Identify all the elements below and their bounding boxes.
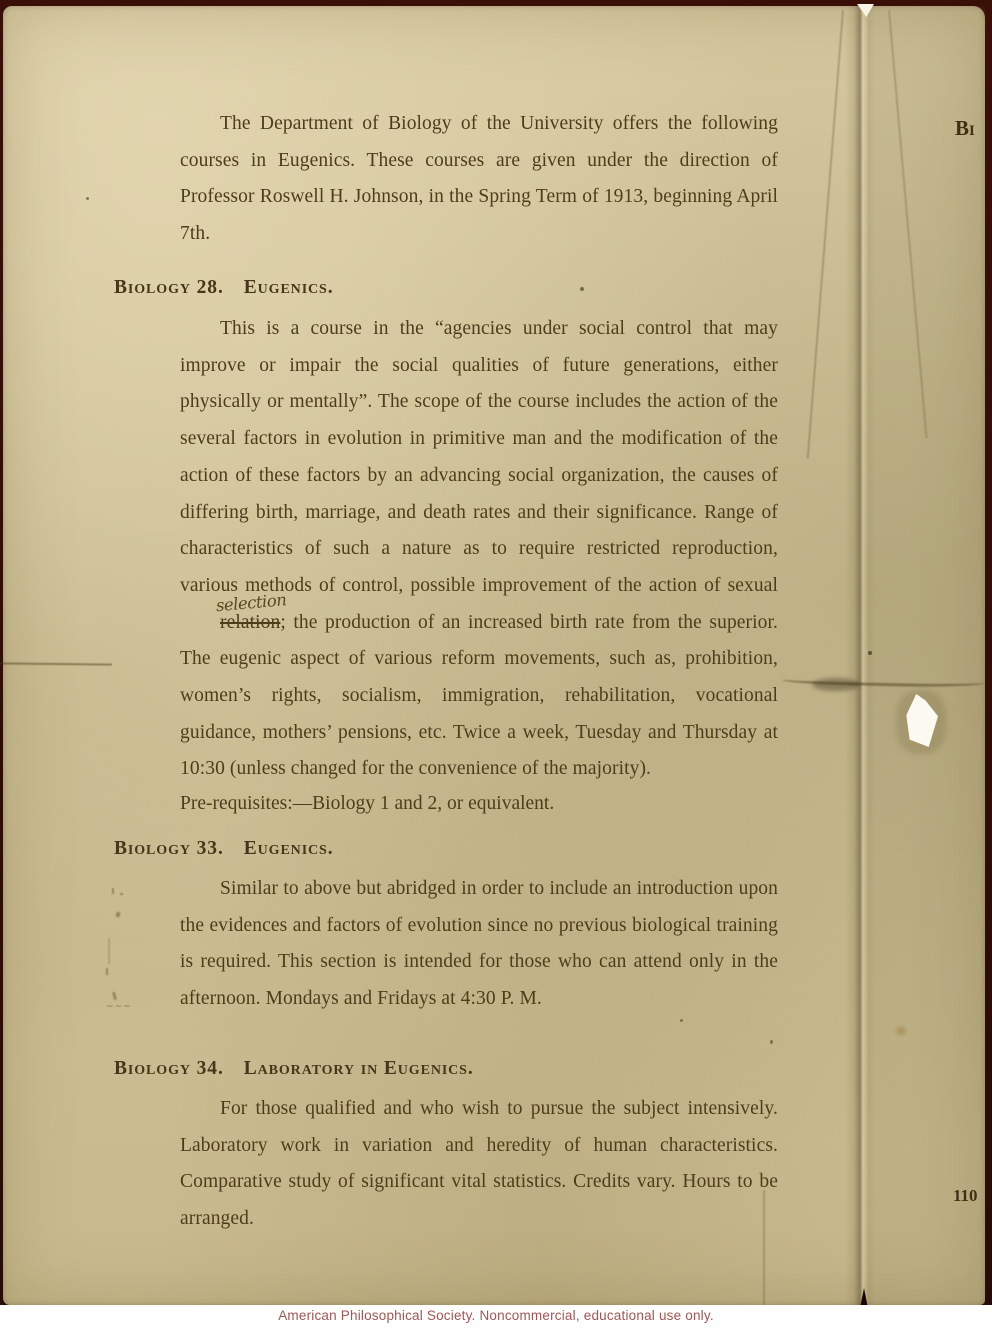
ink-speck: [868, 651, 872, 655]
course-34-description: For those qualified and who wish to purs…: [180, 1091, 778, 1238]
course-34-heading: Biology 34.Laboratory in Eugenics.: [114, 1058, 474, 1080]
course-28-subject: Eugenics.: [244, 277, 334, 298]
course-28-description: This is a course in the “agencies under …: [180, 311, 778, 788]
course-33-subject: Eugenics.: [244, 838, 334, 859]
course-33-description: Similar to above but abridged in order t…: [180, 871, 778, 1018]
ink-speck: [680, 1019, 683, 1022]
ink-speck: [770, 1040, 773, 1044]
corrected-word-wrap: relationselection: [180, 605, 280, 642]
course-28-heading: Biology 28.Eugenics.: [114, 277, 334, 299]
pencil-mark: [112, 888, 114, 894]
adjacent-page-text-fragment: Bi: [955, 116, 975, 141]
course-28-number: Biology 28.: [114, 277, 224, 298]
course-28-prerequisites: Pre-requisites:—Biology 1 and 2, or equi…: [180, 793, 780, 815]
adjacent-page-leaf: [868, 6, 985, 1305]
page-number-fragment: 110: [953, 1186, 978, 1206]
scanned-document-page: ~~~ The Department of Biology of the Uni…: [0, 0, 992, 1330]
pencil-mark: [120, 893, 123, 895]
pencil-mark: [108, 938, 110, 964]
course-34-subject: Laboratory in Eugenics.: [244, 1058, 474, 1079]
course-33-number: Biology 33.: [114, 838, 224, 859]
ink-speck: [86, 197, 89, 200]
vertical-fold-crease: [845, 6, 875, 1305]
intro-paragraph: The Department of Biology of the Univers…: [180, 106, 778, 253]
pencil-mark: [106, 968, 108, 975]
pencil-scribble: ~~~: [106, 1002, 132, 1012]
course-28-body-before: This is a course in the “agencies under …: [180, 318, 778, 596]
ink-speck: [580, 287, 584, 291]
caption-strip: American Philosophical Society. Noncomme…: [0, 1305, 992, 1330]
archive-caption: American Philosophical Society. Noncomme…: [278, 1308, 714, 1323]
course-33-heading: Biology 33.Eugenics.: [114, 838, 334, 860]
course-34-number: Biology 34.: [114, 1058, 224, 1079]
stain: [893, 1024, 909, 1038]
crease-shadow: [812, 678, 860, 691]
